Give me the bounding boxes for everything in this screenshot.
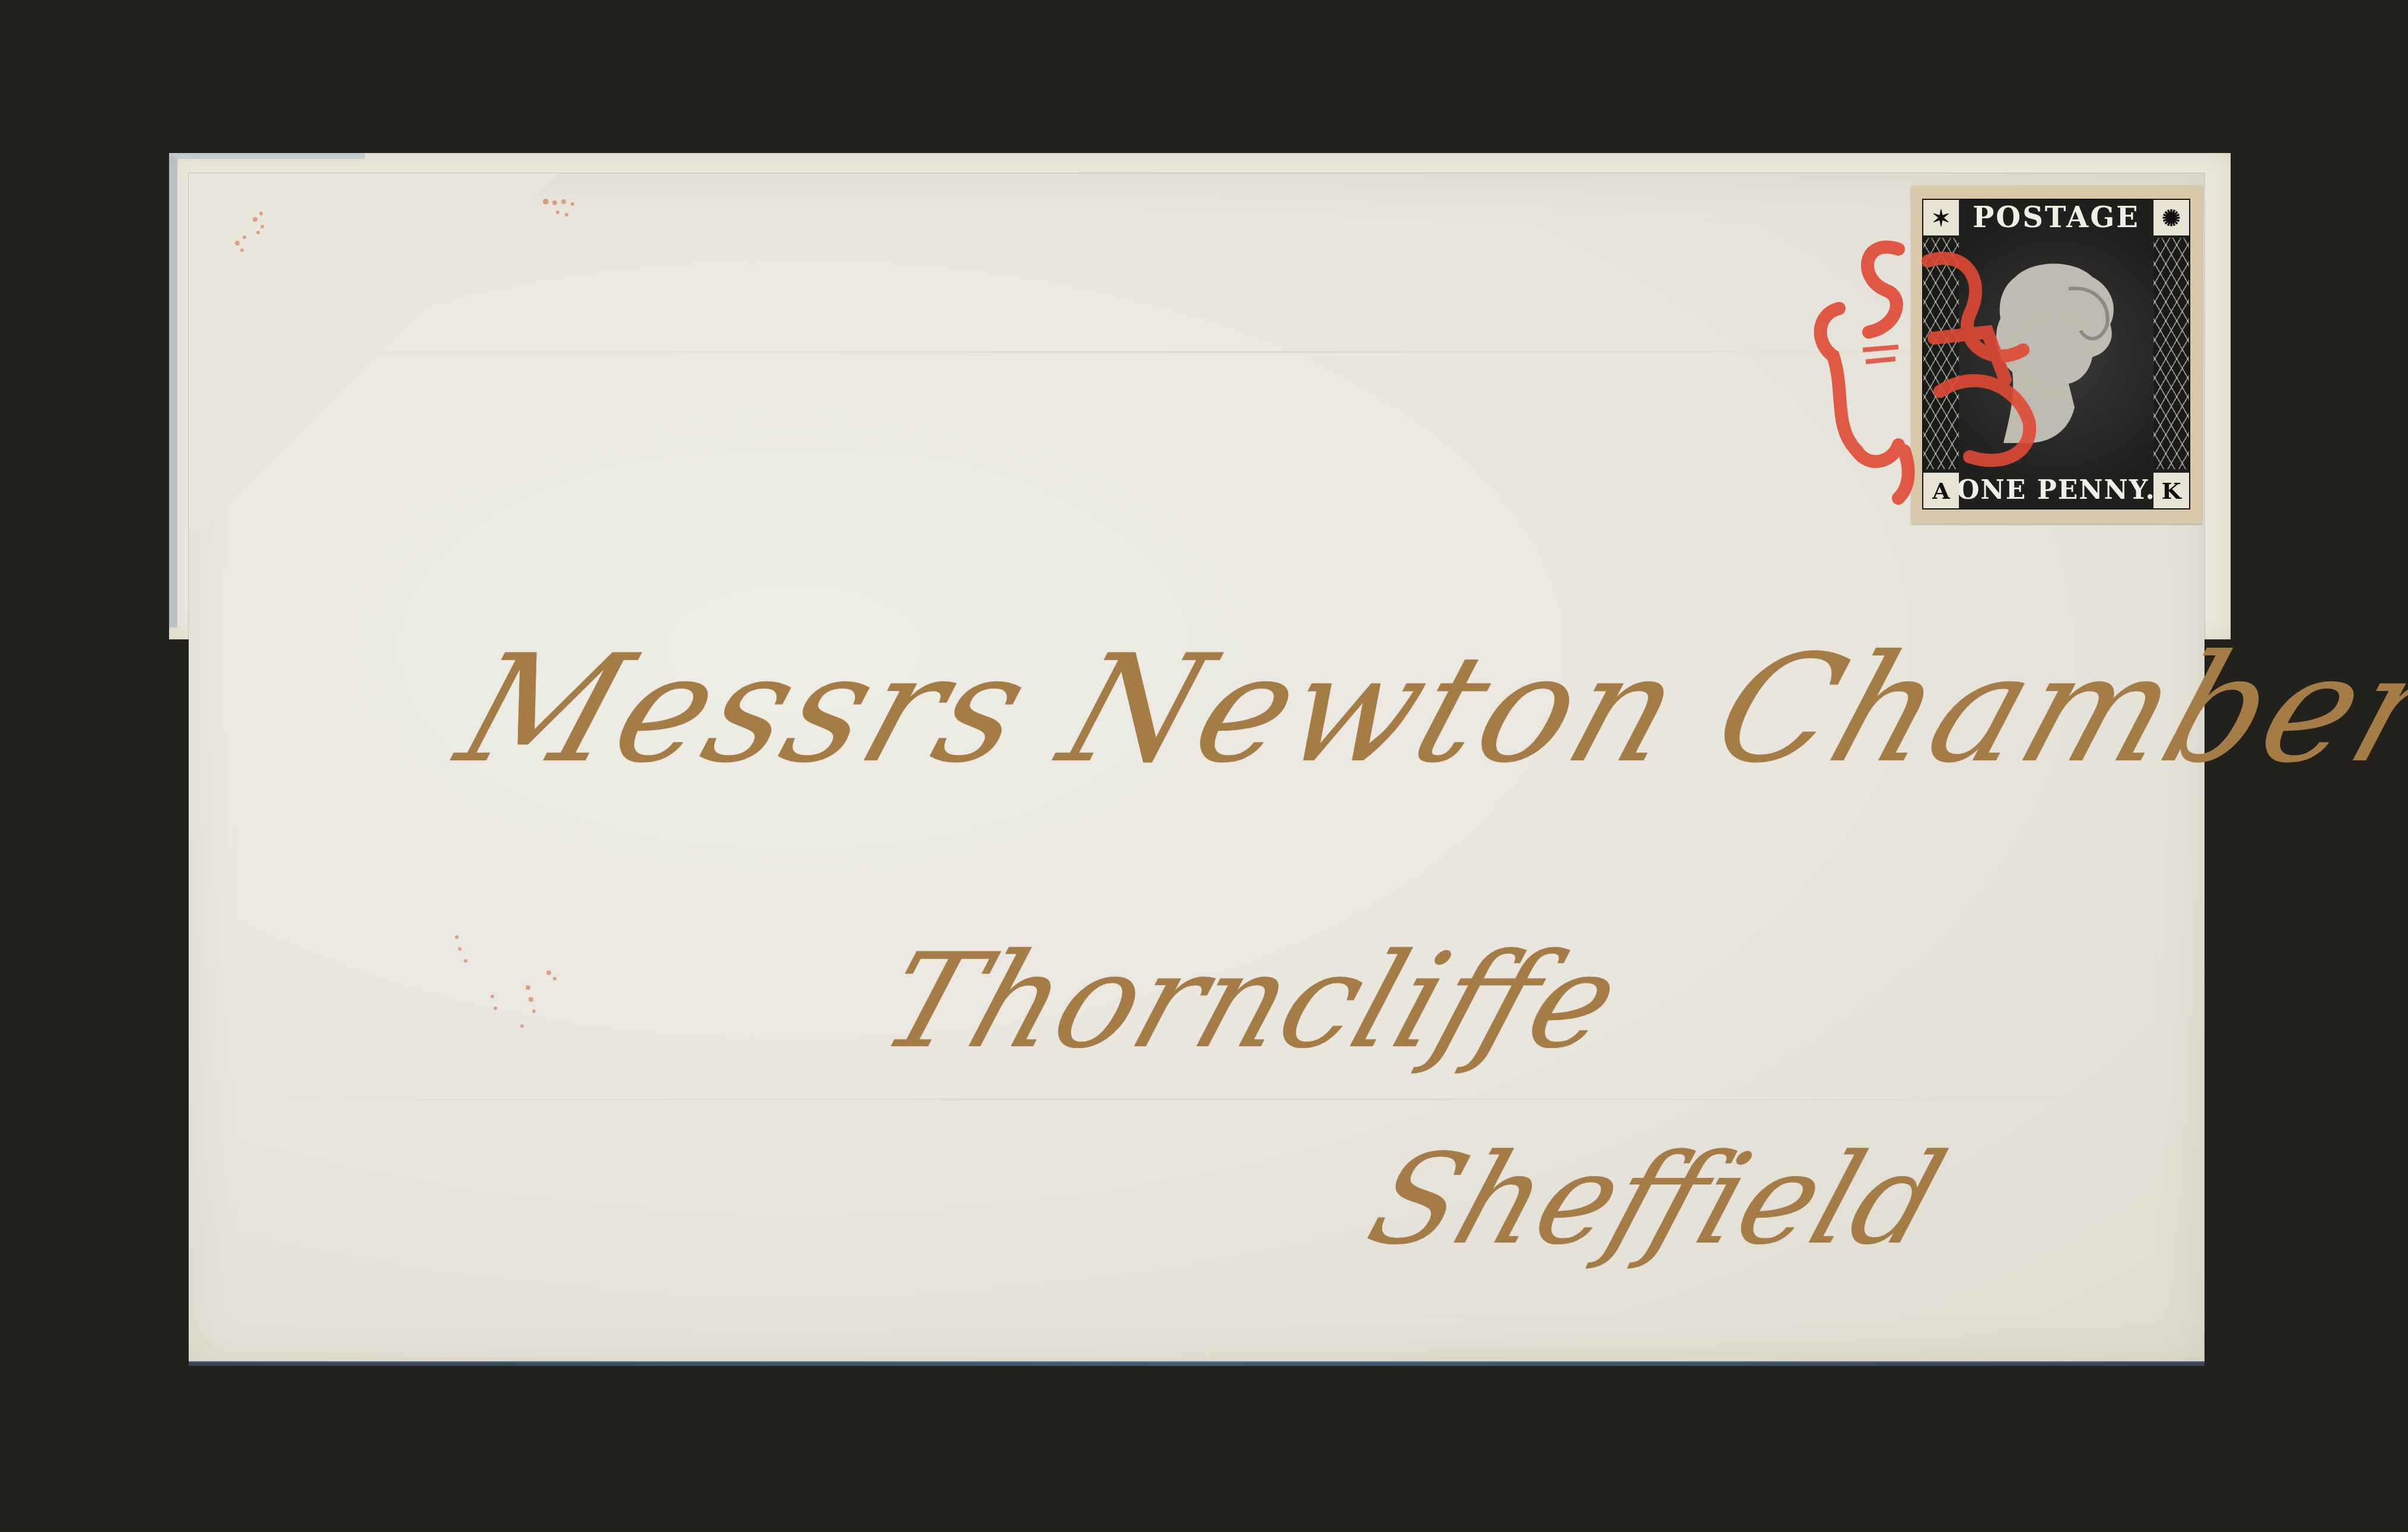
faint-red-offset-marks: [451, 931, 581, 1050]
faint-red-offset-marks: [225, 196, 641, 302]
sleeve-bottom-edge: [189, 1361, 2205, 1366]
check-letter-right: K: [2153, 473, 2189, 508]
stamp-lattice-border-right: [2153, 238, 2189, 469]
maltese-cross-cancellation-icon: [1792, 214, 2059, 522]
star-ornament-icon: ✺: [2153, 200, 2189, 235]
paper-crease: [189, 1098, 2205, 1100]
